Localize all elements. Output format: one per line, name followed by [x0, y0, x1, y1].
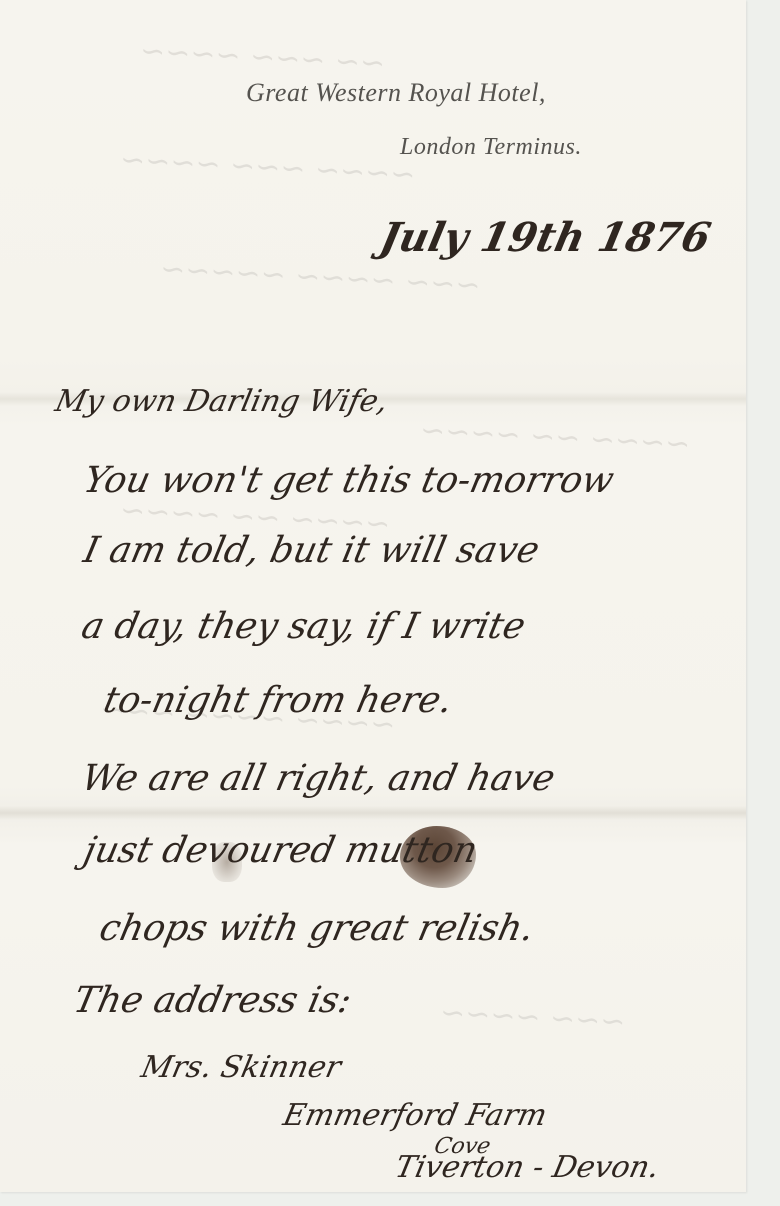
body-line: I am told, but it will save — [80, 530, 543, 571]
body-line: to-night from here. — [100, 680, 456, 721]
letterhead-location: London Terminus. — [400, 134, 582, 161]
bleed-through-text: ~~~~ ~~ ~~~~ — [419, 413, 691, 462]
body-line: a day, they say, if I write — [78, 606, 529, 647]
body-line: The address is: — [70, 980, 355, 1021]
letter-date: July 19th 1876 — [376, 214, 715, 261]
letter-page: ~~ ~~~ ~~~~ ~~~~ ~~~ ~~~~ ~~~ ~~~~ ~~~~~… — [0, 0, 746, 1192]
body-line: You won't get this to-morrow — [80, 460, 618, 501]
body-line: just devoured mutton — [80, 830, 481, 871]
body-line: chops with great relish. — [96, 908, 538, 949]
address-line-town: Tiverton - Devon. — [392, 1150, 662, 1185]
bleed-through-text: ~~~~ ~~~ ~~~~ — [119, 142, 416, 192]
letterhead-hotel-name: Great Western Royal Hotel, — [246, 78, 546, 108]
body-line: We are all right, and have — [78, 758, 559, 799]
address-line-farm: Emmerford Farm — [280, 1098, 550, 1133]
salutation: My own Darling Wife, — [52, 384, 391, 419]
bleed-through-text: ~~ ~~~ ~~~~ — [139, 34, 386, 82]
paper-fold-line — [0, 806, 746, 820]
address-name: Mrs. Skinner — [138, 1050, 344, 1085]
bleed-through-text: ~~~ ~~~~ — [439, 995, 626, 1040]
